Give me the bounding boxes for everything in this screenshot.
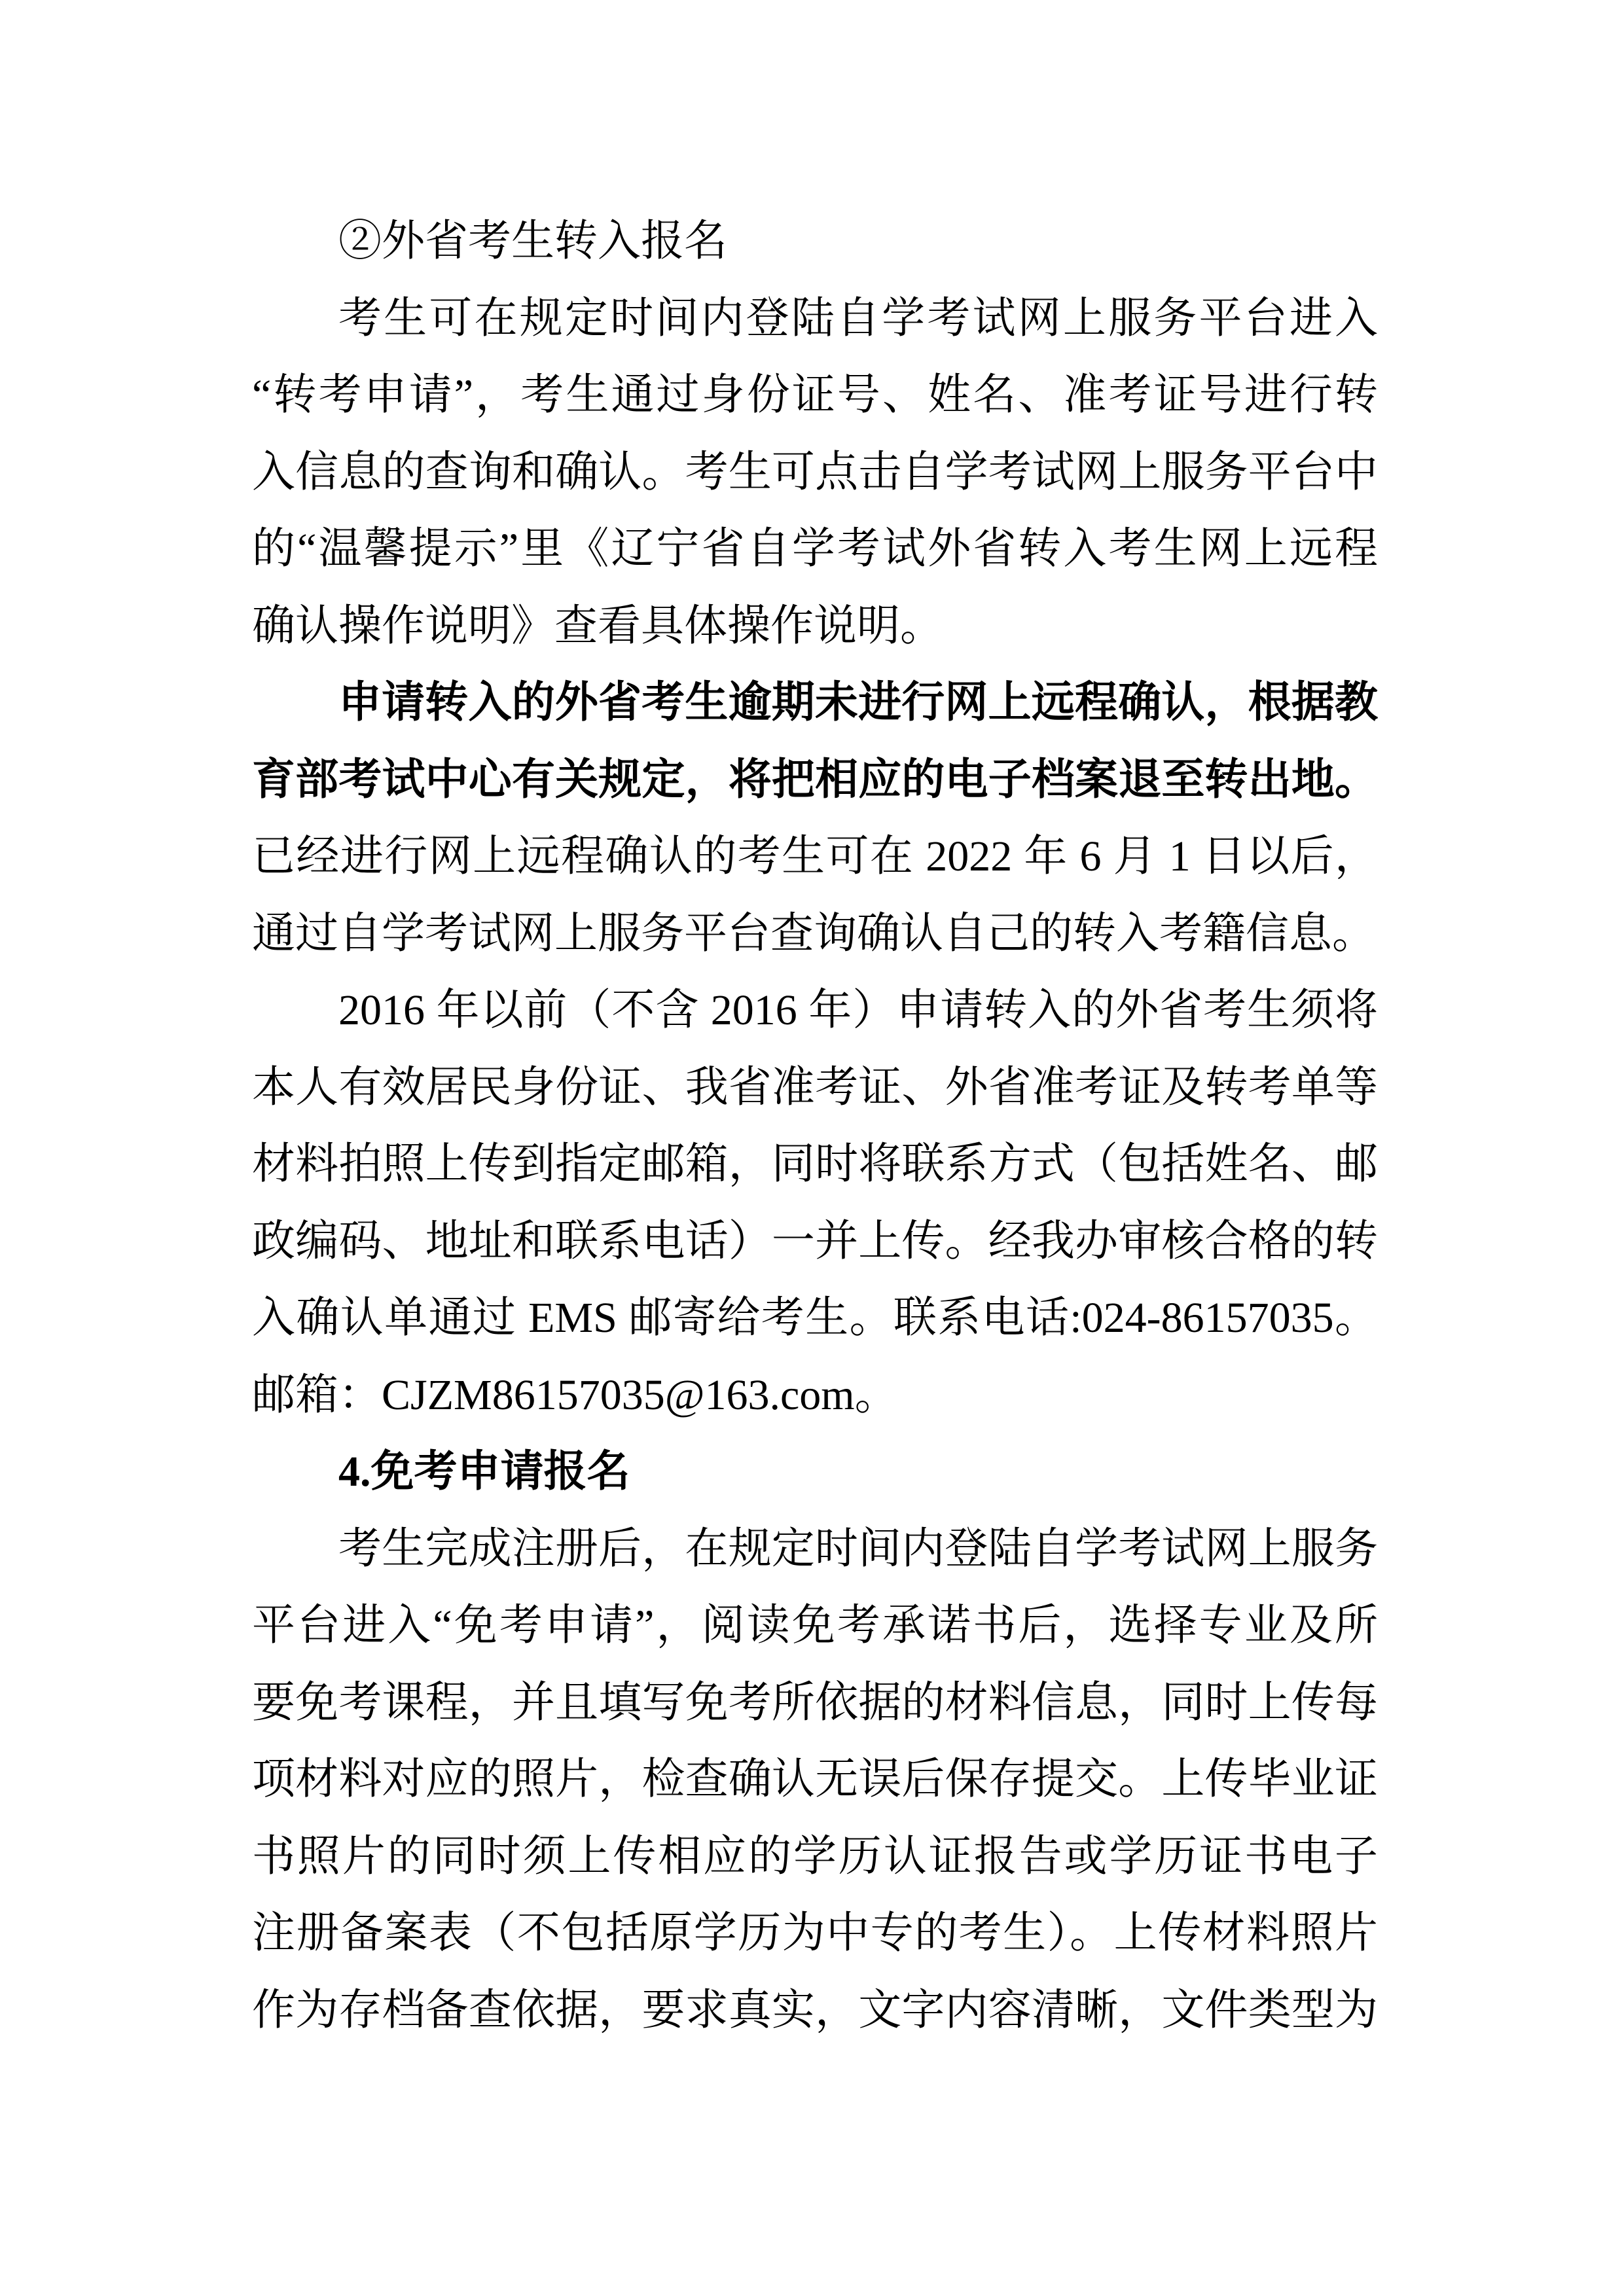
text-line: “转考申请”，考生通过身份证号、姓名、准考证号进行转	[252, 357, 1378, 434]
paragraph-pre-2016-materials: 2016 年以前（不含 2016 年）申请转入的外省考生须将 本人有效居民身份证…	[252, 972, 1378, 1433]
text-block: ②外省考生转入报名 考生可在规定时间内登陆自学考试网上服务平台进入 “转考申请”…	[252, 203, 1378, 2049]
text-line: 材料拍照上传到指定邮箱，同时将联系方式（包括姓名、邮	[252, 1126, 1378, 1203]
paragraph-transfer-procedure: 考生可在规定时间内登陆自学考试网上服务平台进入 “转考申请”，考生通过身份证号、…	[252, 280, 1378, 665]
text-line: 项材料对应的照片，检查确认无误后保存提交。上传毕业证	[252, 1741, 1378, 1818]
text-line: 入信息的查询和确认。考生可点击自学考试网上服务平台中	[252, 434, 1378, 511]
paragraph-transfer-subheading: ②外省考生转入报名	[252, 203, 1378, 280]
paragraph-exemption-procedure: 考生完成注册后，在规定时间内登陆自学考试网上服务 平台进入“免考申请”，阅读免考…	[252, 1511, 1378, 2049]
text-line: 4.免考申请报名	[252, 1433, 1378, 1511]
text-line: 政编码、地址和联系电话）一并上传。经我办审核合格的转	[252, 1203, 1378, 1280]
text-line: 要免考课程，并且填写免考所依据的材料信息，同时上传每	[252, 1664, 1378, 1742]
text-line: 入确认单通过 EMS 邮寄给考生。联系电话:024-86157035。	[252, 1280, 1378, 1357]
text-line: 作为存档备查依据，要求真实，文字内容清晰，文件类型为	[252, 1972, 1378, 2049]
text-line: 已经进行网上远程确认的考生可在 2022 年 6 月 1 日以后，	[252, 818, 1378, 895]
text-line: 确认操作说明》查看具体操作说明。	[252, 588, 1378, 665]
document-page: ②外省考生转入报名 考生可在规定时间内登陆自学考试网上服务平台进入 “转考申请”…	[0, 0, 1624, 2296]
text-line: 通过自学考试网上服务平台查询确认自己的转入考籍信息。	[252, 895, 1378, 973]
text-line: ②外省考生转入报名	[252, 203, 1378, 280]
paragraph-exemption-heading: 4.免考申请报名	[252, 1433, 1378, 1511]
text-line: 平台进入“免考申请”，阅读免考承诺书后，选择专业及所	[252, 1587, 1378, 1664]
text-line: 2016 年以前（不含 2016 年）申请转入的外省考生须将	[252, 972, 1378, 1049]
text-line: 考生完成注册后，在规定时间内登陆自学考试网上服务	[252, 1511, 1378, 1588]
text-line: 考生可在规定时间内登陆自学考试网上服务平台进入	[252, 280, 1378, 357]
text-line: 的“温馨提示”里《辽宁省自学考试外省转入考生网上远程	[252, 511, 1378, 588]
text-line: 育部考试中心有关规定，将把相应的电子档案退至转出地。	[252, 742, 1378, 819]
text-line: 注册备案表（不包括原学历为中专的考生）。上传材料照片	[252, 1895, 1378, 1972]
text-line: 本人有效居民身份证、我省准考证、外省准考证及转考单等	[252, 1049, 1378, 1126]
paragraph-overdue-confirmation: 申请转入的外省考生逾期未进行网上远程确认，根据教 育部考试中心有关规定，将把相应…	[252, 664, 1378, 972]
text-line: 邮箱：CJZM86157035@163.com。	[252, 1357, 1378, 1434]
text-line: 申请转入的外省考生逾期未进行网上远程确认，根据教	[252, 664, 1378, 742]
text-line: 书照片的同时须上传相应的学历认证报告或学历证书电子	[252, 1818, 1378, 1895]
